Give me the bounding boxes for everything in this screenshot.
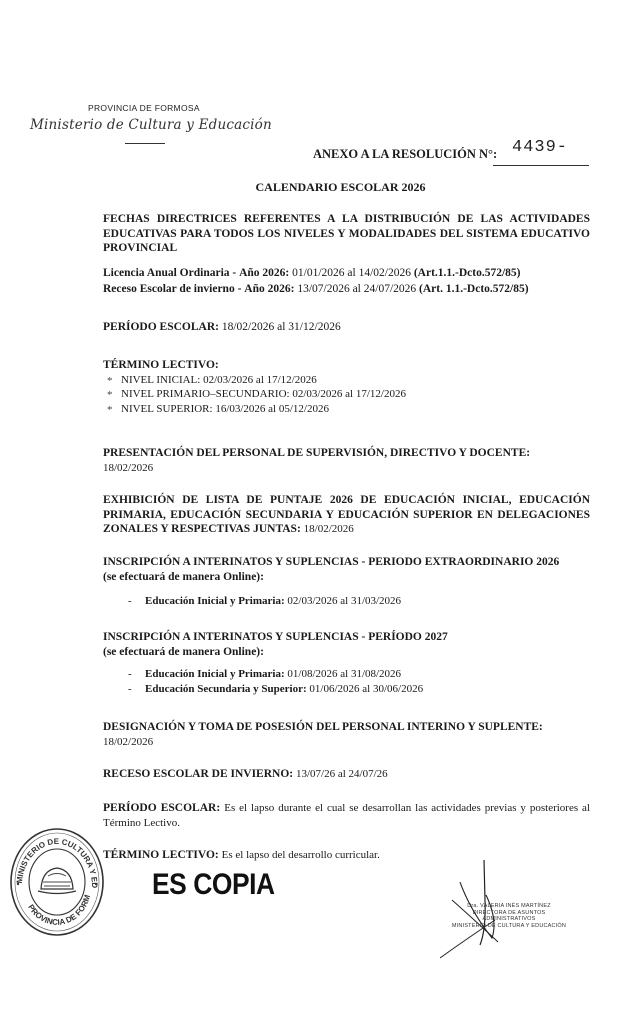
resolution-underline [493,165,589,166]
ministry-name: Ministerio de Cultura y Educación [30,117,272,133]
list-item: NIVEL PRIMARIO–SECUNDARIO: 02/03/2026 al… [103,387,590,402]
termino-lectivo-list: NIVEL INICIAL: 02/03/2026 al 17/12/2026 … [103,373,590,417]
designacion-personal: DESIGNACIÓN Y TOMA DE POSESIÓN DEL PERSO… [103,720,590,749]
list-item: Educación Inicial y Primaria: 02/03/2026… [103,594,590,609]
inscripcion-extraordinario: INSCRIPCIÓN A INTERINATOS Y SUPLENCIAS -… [103,555,590,609]
signature-block: Dra. VALERIA INÉS MARTÍNEZ DIRECTORA DE … [450,903,568,929]
list-item: Educación Secundaria y Superior: 01/06/2… [103,682,590,697]
inscripcion-2027: INSCRIPCIÓN A INTERINATOS Y SUPLENCIAS -… [103,630,590,697]
list-item: NIVEL INICIAL: 02/03/2026 al 17/12/2026 [103,373,590,388]
receso-invierno: RECESO ESCOLAR DE INVIERNO: 13/07/26 al … [103,767,590,782]
header-divider [125,143,165,144]
document-title: CALENDARIO ESCOLAR 2026 [0,180,621,195]
exhibicion-puntaje: EXHIBICIÓN DE LISTA DE PUNTAJE 2026 DE E… [103,493,590,537]
es-copia-stamp: ES COPIA [152,868,275,902]
ministry-seal-icon: MINISTERIO DE CULTURA Y EDUCACIÓN PROVIN… [8,826,106,938]
list-item: NIVEL SUPERIOR: 16/03/2026 al 05/12/2026 [103,402,590,417]
definicion-periodo-escolar: PERÍODO ESCOLAR: Es el lapso durante el … [103,801,590,830]
leave-row: Receso Escolar de invierno - Año 2026: 1… [103,281,590,297]
leave-section: Licencia Anual Ordinaria - Año 2026: 01/… [103,265,590,297]
presentacion-personal: PRESENTACIÓN DEL PERSONAL DE SUPERVISIÓN… [103,446,590,475]
list-item: Educación Inicial y Primaria: 01/08/2026… [103,667,590,682]
leave-row: Licencia Anual Ordinaria - Año 2026: 01/… [103,265,590,281]
periodo-escolar: PERÍODO ESCOLAR: 18/02/2026 al 31/12/202… [103,320,590,335]
intro-heading: FECHAS DIRECTRICES REFERENTES A LA DISTR… [103,212,590,256]
termino-lectivo: TÉRMINO LECTIVO: NIVEL INICIAL: 02/03/20… [103,358,590,416]
resolution-number: 4439- [512,138,568,157]
annex-label: ANEXO A LA RESOLUCIÓN N°: [313,147,497,162]
termino-lectivo-heading: TÉRMINO LECTIVO: [103,358,590,373]
province-name: PROVINCIA DE FORMOSA [88,103,200,113]
